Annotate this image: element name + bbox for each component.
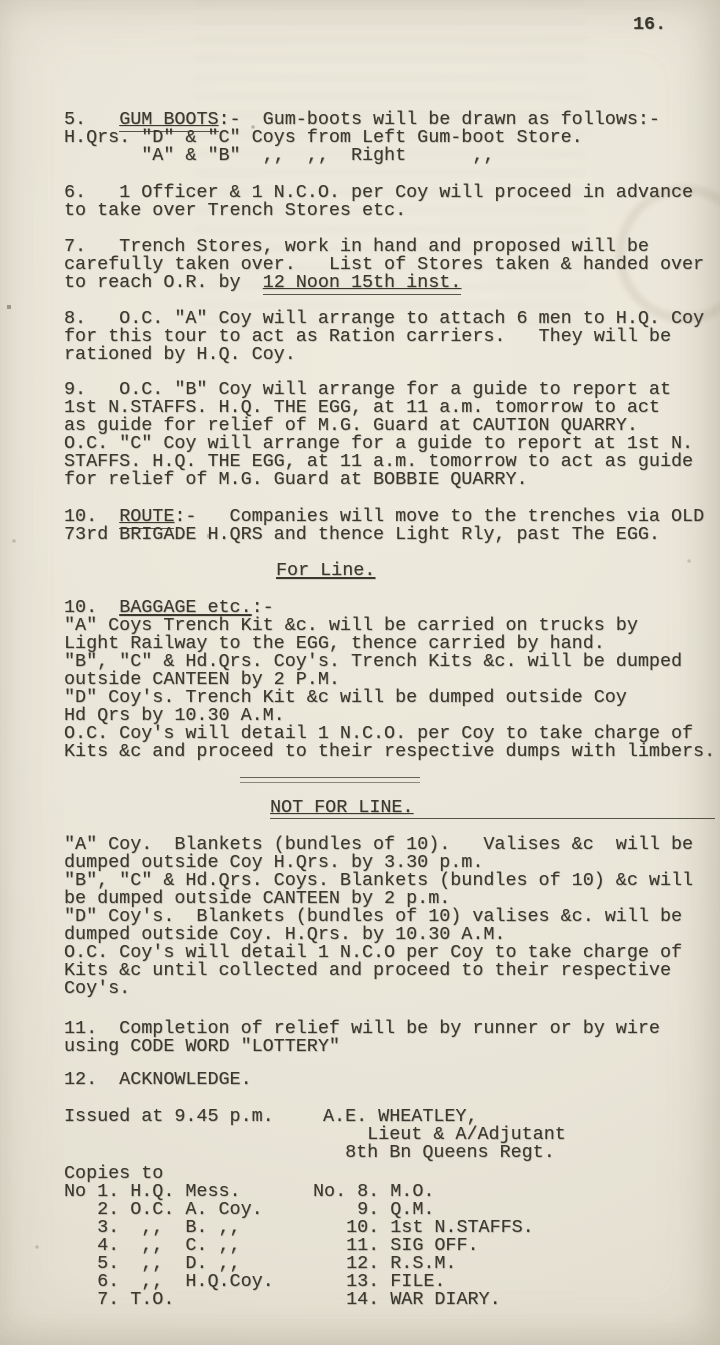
text-line: Coy's.	[64, 980, 715, 998]
footer-block: Issued at 9.45 p.m. A.E. WHEATLEY, Lieut…	[64, 1108, 715, 1309]
text-line: rationed by H.Q. Coy.	[64, 346, 715, 364]
text-line: for relief of M.G. Guard at BOBBIE QUARR…	[64, 471, 715, 489]
para-9-guides: 9. O.C. "B" Coy will arrange for a guide…	[64, 381, 715, 489]
text-line: using CODE WORD "LOTTERY"	[64, 1038, 715, 1056]
line-text: to reach O.R. by	[64, 272, 263, 293]
text-line: Kits &c and proceed to their respective …	[64, 743, 715, 761]
para-10-route: 10. ROUTE:- Companies will move to the t…	[64, 508, 715, 544]
para-8-ration-carriers: 8. O.C. "A" Coy will arrange to attach 6…	[64, 310, 715, 364]
page-number: 16.	[633, 16, 666, 34]
copies-right-column: No. 8. M.O. 9. Q.M. 10. 1st N.STAFFS. 11…	[313, 1183, 534, 1309]
text-line: Kits &c until collected and proceed to t…	[64, 962, 715, 980]
order-text: 5. GUM BOOTS:- Gum-boots will be drawn a…	[64, 111, 715, 1309]
underlined-deadline: 12 Noon 15th inst.	[263, 272, 462, 295]
signatory-unit: 8th Bn Queens Regt.	[323, 1144, 566, 1162]
section-divider-rule	[240, 777, 420, 783]
para-7-trench-stores: 7. Trench Stores, work in hand and propo…	[64, 238, 715, 292]
para-11-code-word: 11. Completion of relief will be by runn…	[64, 1020, 715, 1056]
heading-not-for-line: NOT FOR LINE.	[270, 799, 715, 819]
para-not-for-line-baggage: "A" Coy. Blankets (bundles of 10). Valis…	[64, 836, 715, 998]
text-line: to reach O.R. by 12 Noon 15th inst.	[64, 274, 715, 292]
text-line: 73rd BRIGADE H.QRS and thence Light Rly,…	[64, 526, 715, 544]
signature-block: A.E. WHEATLEY, Lieut & A/Adjutant 8th Bn…	[323, 1108, 566, 1162]
text-line: to take over Trench Stores etc.	[64, 202, 715, 220]
scanned-order-page: 16. 5. GUM BOOTS:- Gum-boots will be dra…	[0, 0, 720, 1345]
para-10-baggage: 10. BAGGAGE etc.:- "A" Coys Trench Kit &…	[64, 599, 715, 761]
copies-columns: No 1. H.Q. Mess. 2. O.C. A. Coy. 3. ,, B…	[64, 1183, 715, 1309]
para-6-advance-party: 6. 1 Officer & 1 N.C.O. per Coy will pro…	[64, 184, 715, 220]
para-12-acknowledge: 12. ACKNOWLEDGE.	[64, 1071, 715, 1089]
copy-entry: 14. WAR DIARY.	[313, 1291, 534, 1309]
para-5-gum-boots: 5. GUM BOOTS:- Gum-boots will be drawn a…	[64, 111, 715, 165]
text-line: "A" & "B" ,, ,, Right ,,	[64, 147, 715, 165]
text-line: 12. ACKNOWLEDGE.	[64, 1071, 715, 1089]
paper-speckles	[0, 0, 2, 2]
heading-for-line: For Line.	[276, 562, 715, 580]
